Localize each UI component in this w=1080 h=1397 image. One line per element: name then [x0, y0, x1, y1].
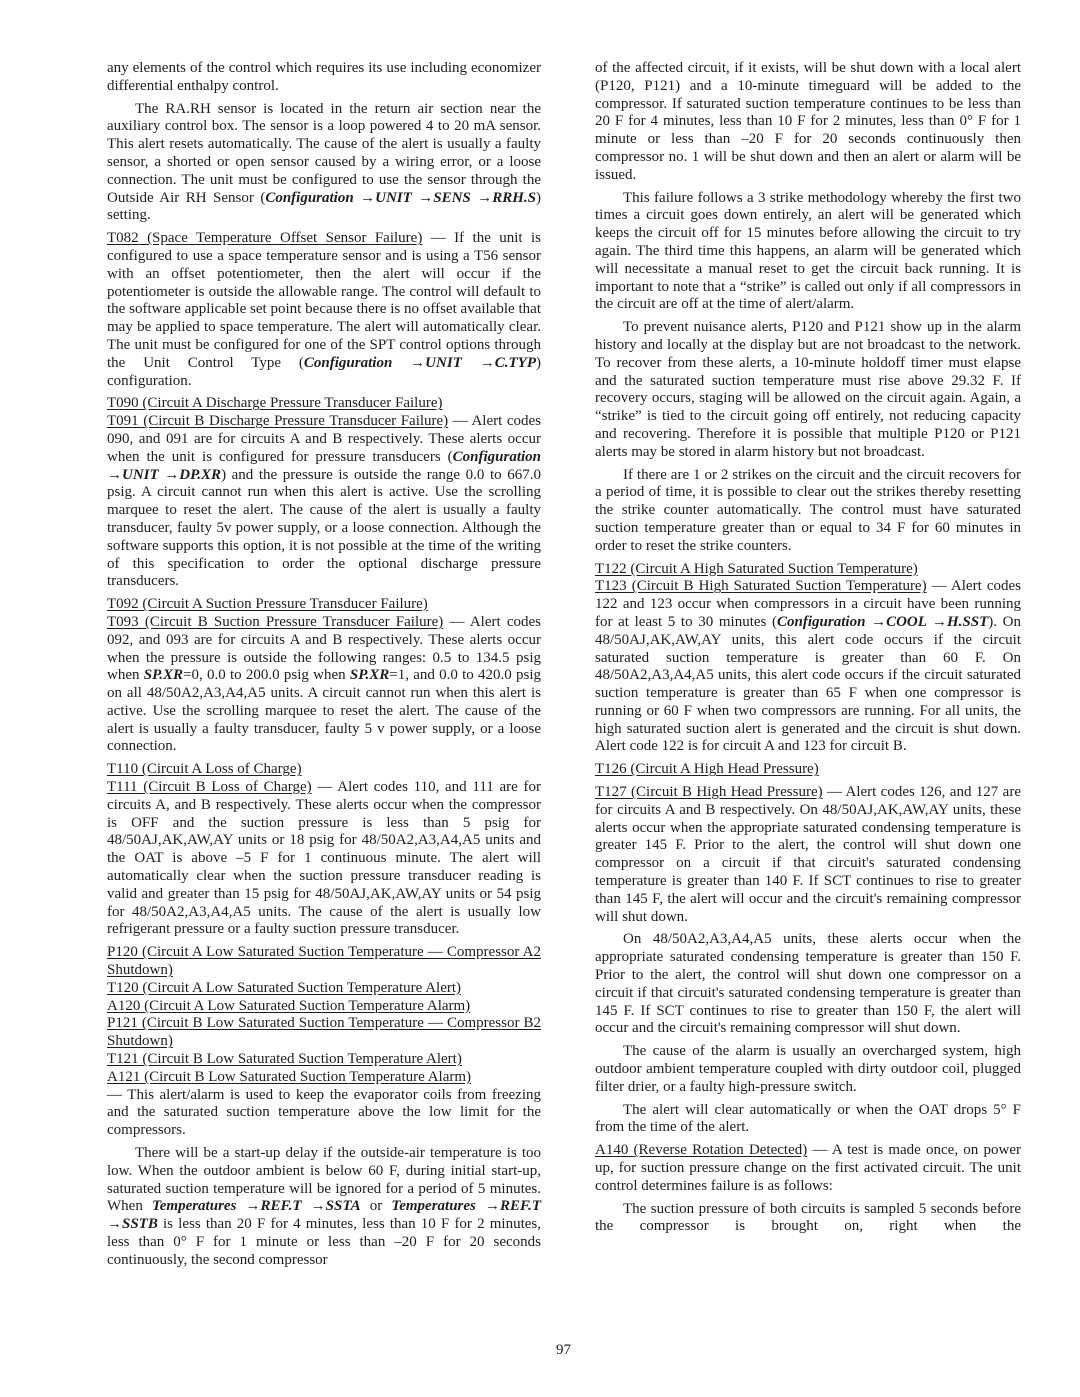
alert-code-paragraph: A140 (Reverse Rotation Detected) — A tes…: [595, 1142, 1021, 1195]
text-run: ) and the pressure is outside the range …: [107, 467, 541, 590]
page-number: 97: [107, 1342, 1020, 1359]
alert-code-paragraph: T121 (Circuit B Low Saturated Suction Te…: [107, 1051, 541, 1069]
body-paragraph: This failure follows a 3 strike methodol…: [595, 190, 1021, 315]
alert-code-heading: T122 (Circuit A High Saturated Suction T…: [595, 561, 918, 577]
text-run: of the affected circuit, if it exists, w…: [595, 60, 1021, 183]
menu-path: Configuration →COOL →H.SST: [777, 614, 988, 630]
alert-code-heading: A120 (Circuit A Low Saturated Suction Te…: [107, 998, 470, 1014]
alert-code-heading: A140 (Reverse Rotation Detected): [595, 1142, 807, 1158]
alert-code-heading: T093 (Circuit B Suction Pressure Transdu…: [107, 614, 443, 630]
text-run: The cause of the alarm is usually an ove…: [595, 1043, 1021, 1095]
alert-code-heading: T123 (Circuit B High Saturated Suction T…: [595, 578, 927, 594]
alert-code-paragraph: T126 (Circuit A High Head Pressure): [595, 761, 1021, 779]
body-paragraph: On 48/50A2,A3,A4,A5 units, these alerts …: [595, 931, 1021, 1038]
alert-code-paragraph: T092 (Circuit A Suction Pressure Transdu…: [107, 596, 541, 614]
alert-code-heading: T120 (Circuit A Low Saturated Suction Te…: [107, 980, 461, 996]
body-paragraph: The cause of the alarm is usually an ove…: [595, 1043, 1021, 1096]
text-run: ). On 48/50AJ,AK,AW,AY units, this alert…: [595, 614, 1021, 755]
alert-code-heading: T110 (Circuit A Loss of Charge): [107, 761, 302, 777]
left-column: any elements of the control which requir…: [107, 60, 541, 1275]
alert-code-heading: T090 (Circuit A Discharge Pressure Trans…: [107, 395, 443, 411]
text-run: — Alert codes 126, and 127 are for circu…: [595, 784, 1021, 925]
alert-code-heading: T082 (Space Temperature Offset Sensor Fa…: [107, 230, 422, 246]
text-run: is less than 20 F for 4 minutes, less th…: [107, 1216, 541, 1268]
text-run: The suction pressure of both circuits is…: [595, 1201, 1021, 1235]
alert-code-paragraph: T111 (Circuit B Loss of Charge) — Alert …: [107, 779, 541, 939]
alert-code-paragraph: T120 (Circuit A Low Saturated Suction Te…: [107, 980, 541, 998]
text-run: or: [361, 1198, 392, 1214]
text-run: To prevent nuisance alerts, P120 and P12…: [595, 319, 1021, 460]
alert-code-paragraph: T122 (Circuit A High Saturated Suction T…: [595, 561, 1021, 579]
alert-code-heading: T111 (Circuit B Loss of Charge): [107, 779, 312, 795]
body-paragraph: The suction pressure of both circuits is…: [595, 1201, 1021, 1237]
body-paragraph: The alert will clear automatically or wh…: [595, 1102, 1021, 1138]
body-paragraph: any elements of the control which requir…: [107, 60, 541, 96]
alert-code-paragraph: T091 (Circuit B Discharge Pressure Trans…: [107, 413, 541, 591]
text-run: any elements of the control which requir…: [107, 60, 541, 94]
alert-code-heading: T121 (Circuit B Low Saturated Suction Te…: [107, 1051, 462, 1067]
alert-code-paragraph: T110 (Circuit A Loss of Charge): [107, 761, 541, 779]
menu-path: Configuration →UNIT →C.TYP: [304, 355, 536, 371]
alert-code-heading: T127 (Circuit B High Head Pressure): [595, 784, 823, 800]
alert-code-paragraph: T127 (Circuit B High Head Pressure) — Al…: [595, 784, 1021, 926]
alert-code-heading: T091 (Circuit B Discharge Pressure Trans…: [107, 413, 448, 429]
body-paragraph: To prevent nuisance alerts, P120 and P12…: [595, 319, 1021, 461]
alert-code-paragraph: T093 (Circuit B Suction Pressure Transdu…: [107, 614, 541, 756]
alert-code-heading: A121 (Circuit B Low Saturated Suction Te…: [107, 1069, 471, 1085]
body-paragraph: There will be a start-up delay if the ou…: [107, 1145, 541, 1270]
alert-code-paragraph: P121 (Circuit B Low Saturated Suction Te…: [107, 1015, 541, 1051]
alert-code-heading: T092 (Circuit A Suction Pressure Transdu…: [107, 596, 428, 612]
text-run: =0, 0.0 to 200.0 psig when: [183, 667, 350, 683]
alert-code-paragraph: T123 (Circuit B High Saturated Suction T…: [595, 578, 1021, 756]
text-run: On 48/50A2,A3,A4,A5 units, these alerts …: [595, 931, 1021, 1036]
menu-path: SP.XR: [144, 667, 183, 683]
alert-code-heading: P120 (Circuit A Low Saturated Suction Te…: [107, 944, 541, 978]
text-run: If there are 1 or 2 strikes on the circu…: [595, 467, 1021, 554]
text-run: — If the unit is configured to use a spa…: [107, 230, 541, 371]
text-run: The alert will clear automatically or wh…: [595, 1102, 1021, 1136]
alert-code-paragraph: P120 (Circuit A Low Saturated Suction Te…: [107, 944, 541, 980]
body-paragraph: of the affected circuit, if it exists, w…: [595, 60, 1021, 185]
text-run: This failure follows a 3 strike methodol…: [595, 190, 1021, 313]
alert-code-heading: P121 (Circuit B Low Saturated Suction Te…: [107, 1015, 541, 1049]
alert-code-paragraph: A120 (Circuit A Low Saturated Suction Te…: [107, 998, 541, 1016]
alert-code-paragraph: T090 (Circuit A Discharge Pressure Trans…: [107, 395, 541, 413]
menu-path: Configuration →UNIT →SENS →RRH.S: [265, 190, 536, 206]
alert-code-heading: T126 (Circuit A High Head Pressure): [595, 761, 819, 777]
alert-code-paragraph: T082 (Space Temperature Offset Sensor Fa…: [107, 230, 541, 390]
body-paragraph: If there are 1 or 2 strikes on the circu…: [595, 467, 1021, 556]
alert-code-paragraph: A121 (Circuit B Low Saturated Suction Te…: [107, 1069, 541, 1087]
text-run: — This alert/alarm is used to keep the e…: [107, 1087, 541, 1139]
body-paragraph: The RA.RH sensor is located in the retur…: [107, 101, 541, 226]
body-paragraph: — This alert/alarm is used to keep the e…: [107, 1087, 541, 1140]
menu-path: SP.XR: [350, 667, 389, 683]
text-run: — Alert codes 110, and 111 are for circu…: [107, 779, 541, 937]
right-column: of the affected circuit, if it exists, w…: [595, 60, 1021, 1241]
manual-page: any elements of the control which requir…: [0, 0, 1080, 1397]
menu-path: Temperatures →REF.T →SSTA: [152, 1198, 361, 1214]
